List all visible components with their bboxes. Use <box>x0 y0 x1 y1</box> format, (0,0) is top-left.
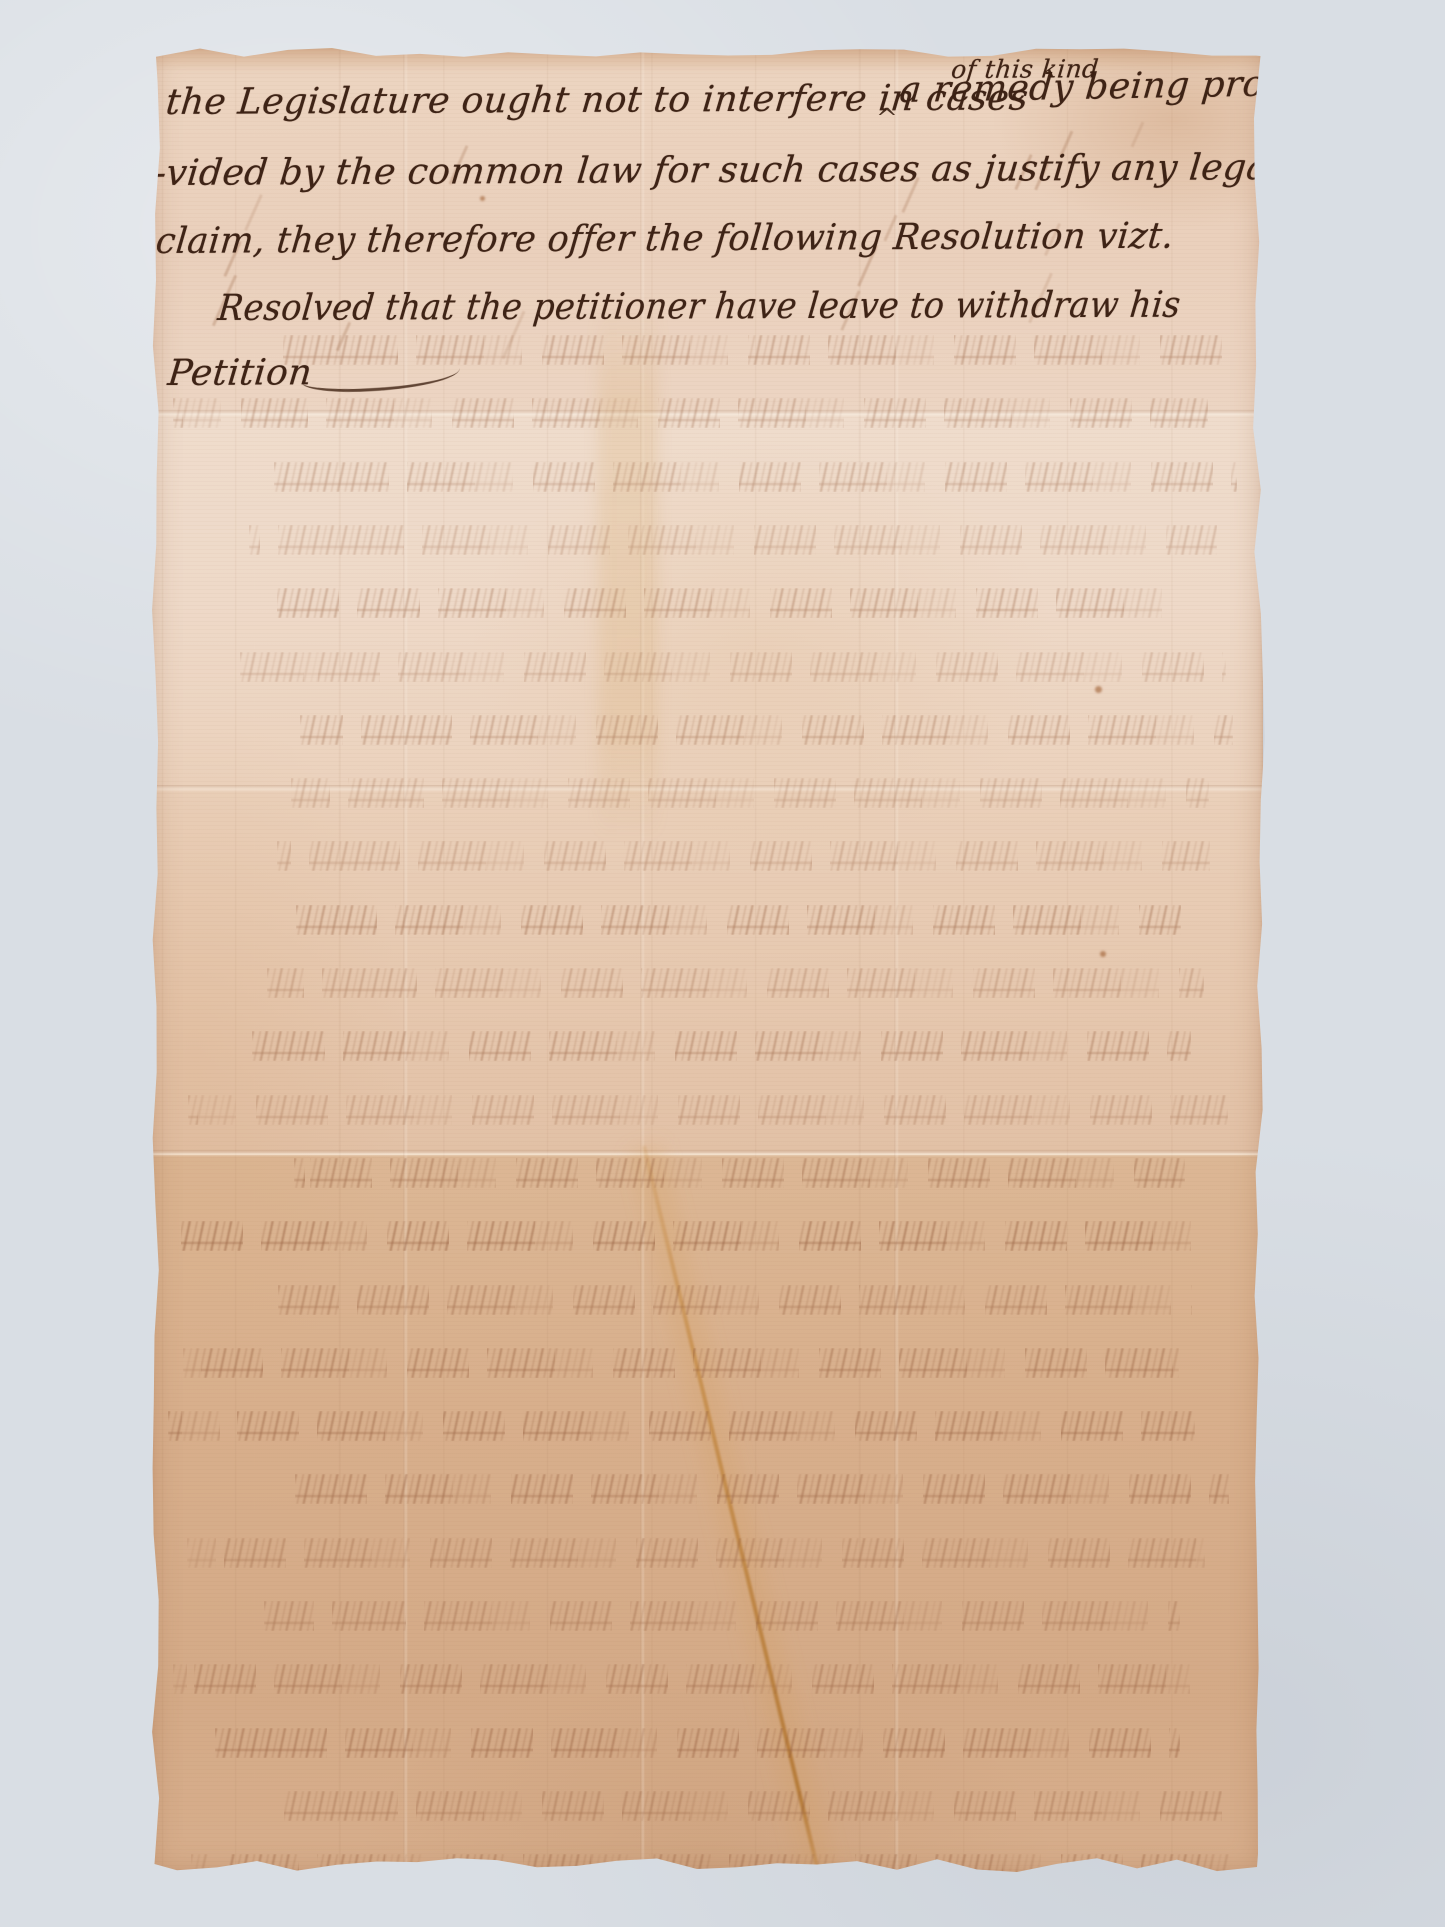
manuscript-page: of this kind ^ the Legislature ought not… <box>150 46 1263 1874</box>
photo-backdrop: of this kind ^ the Legislature ought not… <box>0 0 1445 1927</box>
handwriting-line-3: claim, they therefore offer the followin… <box>154 217 1176 262</box>
paper-panel-lower-middle <box>150 788 1263 1153</box>
paper-panel-upper-middle <box>150 413 1263 788</box>
handwriting-line-1b: a remedy being pro- <box>898 64 1263 110</box>
handwriting-line-2: -vided by the common law for such cases … <box>152 148 1263 193</box>
handwriting-line-5: Petition <box>166 353 314 393</box>
handwriting-line-4: Resolved that the petitioner have leave … <box>216 286 1183 329</box>
paper-panel-bottom <box>150 1153 1263 1874</box>
paper-surface: of this kind ^ the Legislature ought not… <box>150 46 1263 1874</box>
